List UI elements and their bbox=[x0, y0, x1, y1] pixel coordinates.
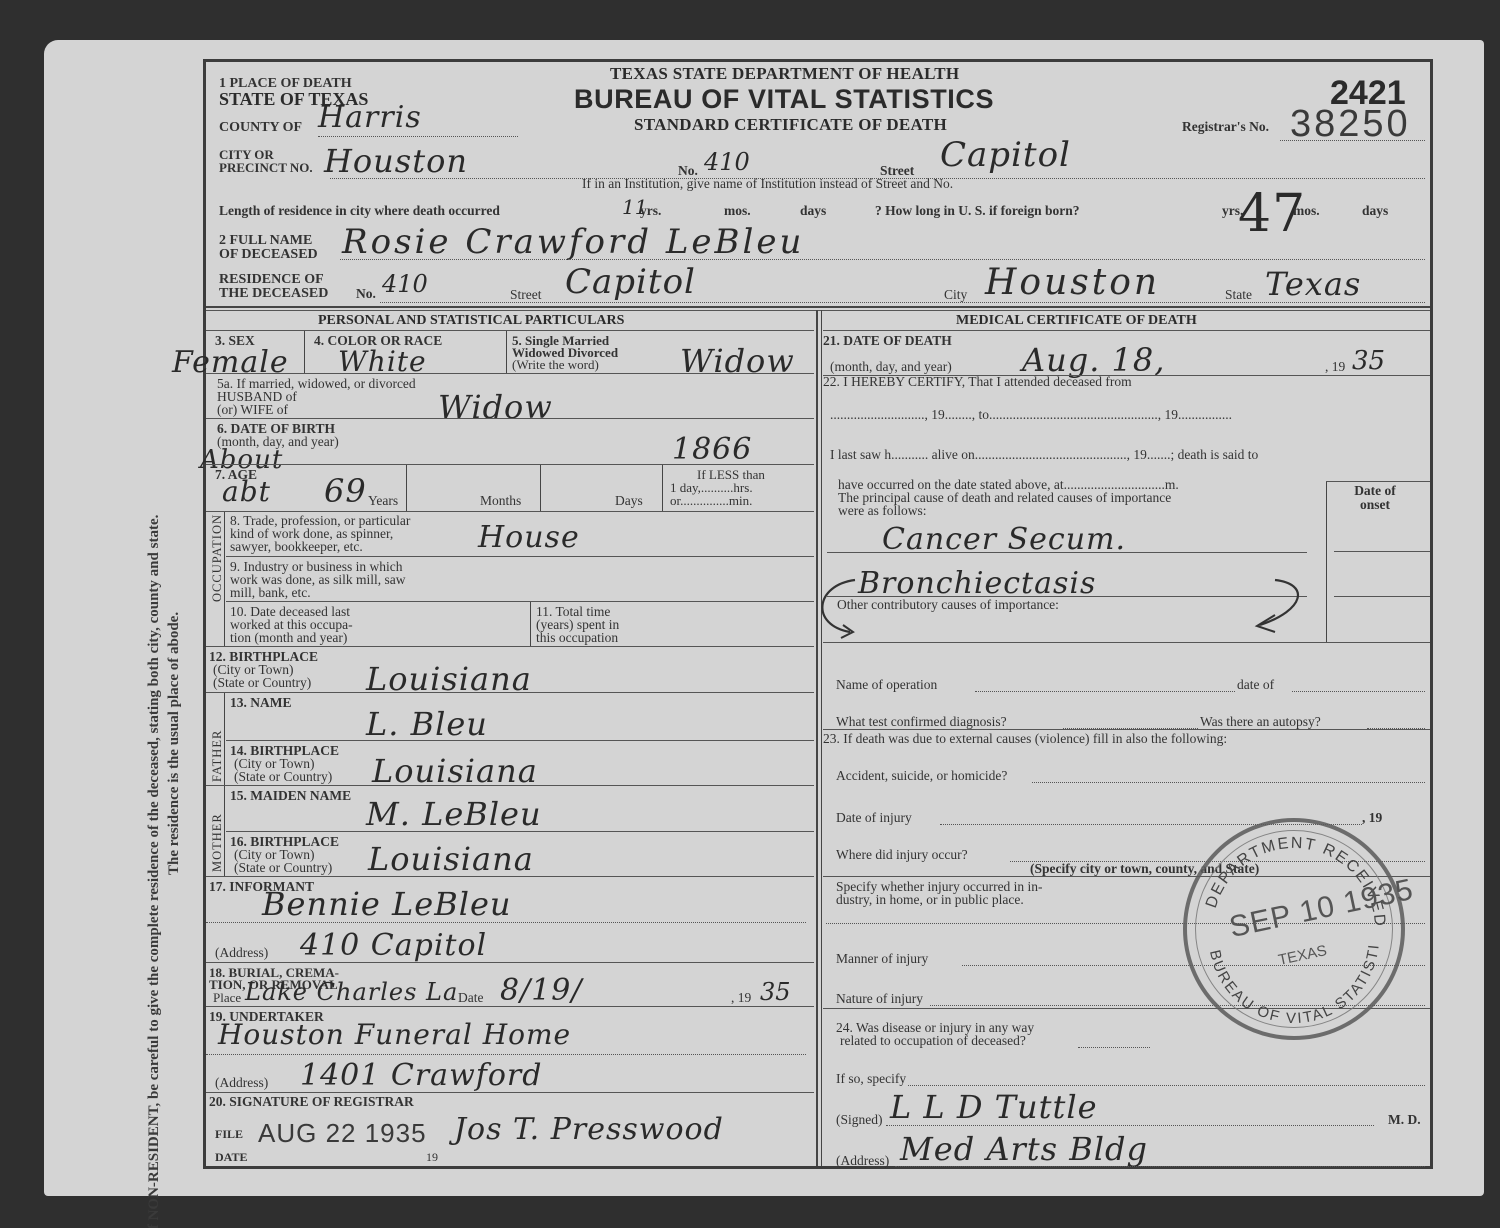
file-label: FILE bbox=[215, 1127, 243, 1142]
yrs-label: yrs. bbox=[640, 203, 661, 219]
burial-year-value: 35 bbox=[760, 978, 791, 1006]
full-name-label-2: OF DECEASED bbox=[219, 247, 318, 263]
age-prefix: abt bbox=[222, 475, 271, 508]
death-year-prefix: , 19 bbox=[1325, 359, 1345, 375]
undertaker-address-value: 1401 Crawford bbox=[300, 1058, 542, 1093]
injury-date-label: Date of injury bbox=[836, 810, 912, 826]
registrar-no-label: Registrar's No. bbox=[1182, 119, 1269, 135]
md-label: M. D. bbox=[1388, 1112, 1421, 1128]
certify-text: 22. I HEREBY CERTIFY, That I attended de… bbox=[823, 374, 1132, 389]
residence-length-label: Length of residence in city where death … bbox=[219, 203, 500, 219]
us-yrs-label: yrs. bbox=[1222, 203, 1243, 219]
signed-label: (Signed) bbox=[836, 1112, 883, 1128]
accident-label: Accident, suicide, or homicide? bbox=[836, 768, 1007, 784]
personal-section-title: PERSONAL AND STATISTICAL PARTICULARS bbox=[318, 313, 624, 329]
test-label: What test confirmed diagnosis? bbox=[836, 714, 1007, 730]
manner-label: Manner of injury bbox=[836, 951, 928, 967]
if-so-label: If so, specify bbox=[836, 1071, 906, 1087]
residence-label-2: THE DECEASED bbox=[219, 286, 328, 302]
occupation-related-label-2: related to occupation of deceased? bbox=[840, 1033, 1026, 1049]
physician-address-label: (Address) bbox=[836, 1153, 889, 1169]
county-value: Harris bbox=[318, 100, 422, 135]
occupation-side-label: OCCUPATION bbox=[210, 514, 225, 602]
trade-label-3: sawyer, bookkeeper, etc. bbox=[230, 539, 363, 555]
no-value: 410 bbox=[704, 148, 750, 176]
informant-value: Bennie LeBleu bbox=[262, 885, 512, 923]
mother-birthplace-label-3: (State or Country) bbox=[234, 860, 332, 876]
nature-label: Nature of injury bbox=[836, 991, 923, 1007]
industry-label-3: mill, bank, etc. bbox=[230, 585, 311, 601]
burial-year-prefix: , 19 bbox=[731, 990, 751, 1006]
foreign-born-label: ? How long in U. S. if foreign born? bbox=[875, 203, 1080, 219]
informant-address-label: (Address) bbox=[215, 945, 268, 961]
res-street-label: Street bbox=[510, 287, 542, 303]
undertaker-address-label: (Address) bbox=[215, 1075, 268, 1091]
res-no-label: No. bbox=[356, 286, 376, 302]
mother-birthplace-value: Louisiana bbox=[368, 840, 534, 878]
mother-side-label: MOTHER bbox=[210, 813, 225, 872]
marital-value: Widow bbox=[680, 342, 795, 380]
years-label: Years bbox=[368, 493, 398, 509]
father-name-label: 13. NAME bbox=[230, 695, 292, 711]
attended-from-to: ............................, 19........… bbox=[830, 407, 1232, 423]
res-state-value: Texas bbox=[1265, 265, 1361, 303]
department-title: TEXAS STATE DEPARTMENT OF HEALTH bbox=[610, 64, 959, 84]
death-year-value: 35 bbox=[1352, 346, 1385, 376]
specify-place-label-2: dustry, in home, or in public place. bbox=[836, 892, 1024, 908]
margin-instructions: If NON-RESIDENT, be careful to give the … bbox=[142, 40, 202, 1190]
mother-name-label: 15. MAIDEN NAME bbox=[230, 788, 351, 804]
bureau-title: BUREAU OF VITAL STATISTICS bbox=[574, 84, 994, 115]
registrar-signature: Jos T. Presswood bbox=[454, 1112, 724, 1147]
physician-address-value: Med Arts Bldg bbox=[900, 1130, 1148, 1168]
city-value: Houston bbox=[324, 142, 468, 180]
burial-date-label: Date bbox=[458, 990, 483, 1006]
res-city-label: City bbox=[944, 287, 967, 303]
institution-note: If in an Institution, give name of Insti… bbox=[582, 176, 953, 192]
date-of-onset-label: Date of onset bbox=[1340, 484, 1410, 512]
operation-label: Name of operation bbox=[836, 677, 937, 693]
spouse-label-3: (or) WIFE of bbox=[217, 402, 288, 418]
days-label: days bbox=[800, 203, 826, 219]
dob-year: 1866 bbox=[672, 432, 752, 467]
bracket-arrow-annotation bbox=[805, 570, 1325, 650]
informant-address-value: 410 Capitol bbox=[300, 928, 487, 963]
county-label: COUNTY OF bbox=[219, 120, 302, 136]
res-city-value: Houston bbox=[985, 262, 1160, 303]
registrar-signature-label: 20. SIGNATURE OF REGISTRAR bbox=[209, 1094, 414, 1110]
last-saw-line: I last saw h........... alive on........… bbox=[830, 447, 1258, 463]
certificate-title: STANDARD CERTIFICATE OF DEATH bbox=[634, 115, 947, 135]
trade-value: House bbox=[478, 520, 580, 555]
mother-name-value: M. LeBleu bbox=[366, 795, 542, 833]
total-time-label-3: this occupation bbox=[536, 630, 618, 646]
injury-where-label: Where did injury occur? bbox=[836, 847, 968, 863]
burial-place-label: Place bbox=[213, 990, 241, 1006]
spouse-value: Widow bbox=[438, 388, 553, 426]
months-label: Months bbox=[480, 493, 521, 509]
last-worked-label-3: tion (month and year) bbox=[230, 630, 347, 646]
margin-note-line-2: The residence is the usual place of abod… bbox=[166, 612, 183, 875]
days-label-age: Days bbox=[615, 493, 643, 509]
principal-cause-line-2: were as follows: bbox=[838, 503, 926, 519]
physician-signature: L L D Tuttle bbox=[890, 1088, 1098, 1126]
street-value: Capitol bbox=[940, 135, 1071, 175]
city-label-2: PRECINCT NO. bbox=[219, 160, 313, 176]
res-no-value: 410 bbox=[382, 270, 428, 298]
date-of-death-label-1: 21. DATE OF DEATH bbox=[823, 333, 952, 349]
father-birthplace-label-3: (State or Country) bbox=[234, 769, 332, 785]
less-label-3: or...............min. bbox=[670, 493, 752, 509]
margin-note-line-1: If NON-RESIDENT, be careful to give the … bbox=[146, 515, 163, 1228]
birthplace-label-3: (State or Country) bbox=[213, 675, 311, 691]
mos-label: mos. bbox=[724, 203, 751, 219]
us-mos-label: mos. bbox=[1293, 203, 1320, 219]
date-of-death-label-2: (month, day, and year) bbox=[830, 359, 952, 375]
father-name-value: L. Bleu bbox=[366, 705, 488, 743]
father-side-label: FATHER bbox=[210, 730, 225, 782]
age-years: 69 bbox=[324, 472, 367, 510]
autopsy-label: Was there an autopsy? bbox=[1200, 714, 1321, 730]
medical-section-title: MEDICAL CERTIFICATE OF DEATH bbox=[956, 313, 1197, 329]
full-name-value: Rosie Crawford LeBleu bbox=[342, 222, 804, 262]
marital-label-3: (Write the word) bbox=[512, 357, 599, 373]
operation-date-label: date of bbox=[1237, 677, 1274, 693]
external-causes-label: 23. If death was due to external causes … bbox=[823, 731, 1227, 747]
certify-label: 22. I HEREBY CERTIFY, That I attended de… bbox=[823, 374, 1132, 390]
res-street-value: Capitol bbox=[565, 262, 696, 302]
burial-place-value: Lake Charles La bbox=[245, 978, 458, 1006]
res-state-label: State bbox=[1225, 287, 1252, 303]
file-date-stamp: AUG 22 1935 bbox=[258, 1118, 427, 1149]
date-label: DATE bbox=[215, 1150, 247, 1165]
sex-value: Female bbox=[172, 345, 289, 380]
file-19-label: 19 bbox=[426, 1150, 438, 1165]
us-days-label: days bbox=[1362, 203, 1388, 219]
burial-date-value: 8/19/ bbox=[500, 973, 582, 1008]
undertaker-value: Houston Funeral Home bbox=[218, 1018, 571, 1051]
